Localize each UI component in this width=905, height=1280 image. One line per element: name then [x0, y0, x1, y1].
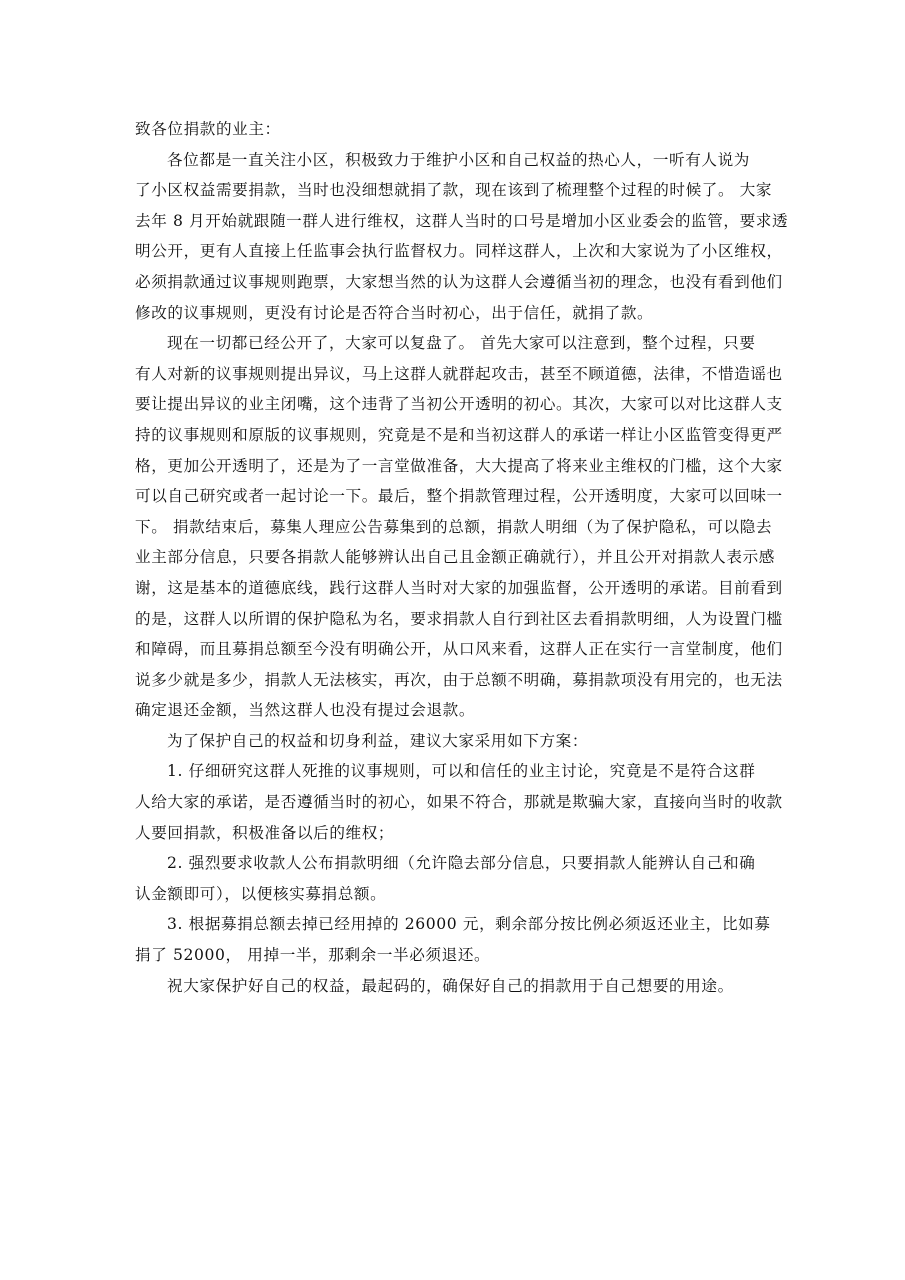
- closing-paragraph: 祝大家保护好自己的权益，最起码的，确保好自己的捐款用于自己想要的用途。: [135, 971, 770, 1002]
- text-line: 业主部分信息，只要各捐款人能够辨认出自己且金额正确就行），并且公开对捐款人表示感: [135, 542, 770, 573]
- list-item-2: 2. 强烈要求收款人公布捐款明细（允许隐去部分信息，只要捐款人能辨认自己和确 认…: [135, 848, 770, 909]
- text-line: 1. 仔细研究这群人死推的议事规则，可以和信任的业主讨论，究竟是不是符合这群: [135, 756, 770, 787]
- text-line: 必须捐款通过议事规则跑票，大家想当然的认为这群人会遵循当初的理念，也没有看到他们: [135, 267, 770, 298]
- text-line: 的是，这群人以所谓的保护隐私为名，要求捐款人自行到社区去看捐款明细，人为设置门槛: [135, 604, 770, 635]
- text-line: 有人对新的议事规则提出异议，马上这群人就群起攻击，甚至不顾道德，法律，不惜造谣也: [135, 359, 770, 390]
- text-line: 说多少就是多少，捐款人无法核实，再次，由于总额不明确，募捐款项没有用完的，也无法: [135, 665, 770, 696]
- text-line: 格，更加公开透明了，还是为了一言堂做准备，大大提高了将来业主维权的门槛，这个大家: [135, 451, 770, 482]
- text-line: 为了保护自己的权益和切身利益，建议大家采用如下方案：: [135, 726, 770, 757]
- text-line: 认金额即可），以便核实募捐总额。: [135, 879, 770, 910]
- paragraph-review: 现在一切都已经公开了，大家可以复盘了。 首先大家可以注意到，整个过程，只要 有人…: [135, 328, 770, 726]
- text-line: 确定退还金额，当然这群人也没有提过会退款。: [135, 695, 770, 726]
- text-line: 可以自己研究或者一起讨论一下。最后，整个捐款管理过程，公开透明度，大家可以回味一: [135, 481, 770, 512]
- salutation: 致各位捐款的业主：: [135, 114, 770, 145]
- text-line: 现在一切都已经公开了，大家可以复盘了。 首先大家可以注意到，整个过程，只要: [135, 328, 770, 359]
- text-line: 明公开，更有人直接上任监事会执行监督权力。同样这群人，上次和大家说为了小区维权，: [135, 236, 770, 267]
- text-line: 去年 8 月开始就跟随一群人进行维权，这群人当时的口号是增加小区业委会的监管，要…: [135, 206, 770, 237]
- text-line: 捐了 52000， 用掉一半，那剩余一半必须退还。: [135, 940, 770, 971]
- text-line: 3. 根据募捐总额去掉已经用掉的 26000 元，剩余部分按比例必须返还业主，比…: [135, 909, 770, 940]
- text-line: 各位都是一直关注小区，积极致力于维护小区和自己权益的热心人，一听有人说为: [135, 145, 770, 176]
- paragraph-proposal-intro: 为了保护自己的权益和切身利益，建议大家采用如下方案：: [135, 726, 770, 757]
- text-line: 2. 强烈要求收款人公布捐款明细（允许隐去部分信息，只要捐款人能辨认自己和确: [135, 848, 770, 879]
- text-line: 谢，这是基本的道德底线，践行这群人当时对大家的加强监督，公开透明的承诺。目前看到: [135, 573, 770, 604]
- text-line: 持的议事规则和原版的议事规则，究竟是不是和当初这群人的承诺一样让小区监管变得更严: [135, 420, 770, 451]
- text-line: 下。 捐款结束后，募集人理应公告募集到的总额，捐款人明细（为了保护隐私，可以隐去: [135, 512, 770, 543]
- paragraph-intro: 各位都是一直关注小区，积极致力于维护小区和自己权益的热心人，一听有人说为 了小区…: [135, 145, 770, 329]
- text-line: 人要回捐款，积极准备以后的维权；: [135, 818, 770, 849]
- text-line: 修改的议事规则，更没有讨论是否符合当时初心，出于信任，就捐了款。: [135, 298, 770, 329]
- text-line: 和障碍，而且募捐总额至今没有明确公开，从口风来看，这群人正在实行一言堂制度，他们: [135, 634, 770, 665]
- text-line: 了小区权益需要捐款，当时也没细想就捐了款，现在该到了梳理整个过程的时候了。 大家: [135, 175, 770, 206]
- text-line: 要让提出异议的业主闭嘴，这个违背了当初公开透明的初心。其次，大家可以对比这群人支: [135, 389, 770, 420]
- document-page: 致各位捐款的业主： 各位都是一直关注小区，积极致力于维护小区和自己权益的热心人，…: [135, 114, 770, 1001]
- list-item-3: 3. 根据募捐总额去掉已经用掉的 26000 元，剩余部分按比例必须返还业主，比…: [135, 909, 770, 970]
- text-line: 人给大家的承诺，是否遵循当时的初心，如果不符合，那就是欺骗大家，直接向当时的收款: [135, 787, 770, 818]
- text-line: 祝大家保护好自己的权益，最起码的，确保好自己的捐款用于自己想要的用途。: [135, 971, 770, 1002]
- list-item-1: 1. 仔细研究这群人死推的议事规则，可以和信任的业主讨论，究竟是不是符合这群 人…: [135, 756, 770, 848]
